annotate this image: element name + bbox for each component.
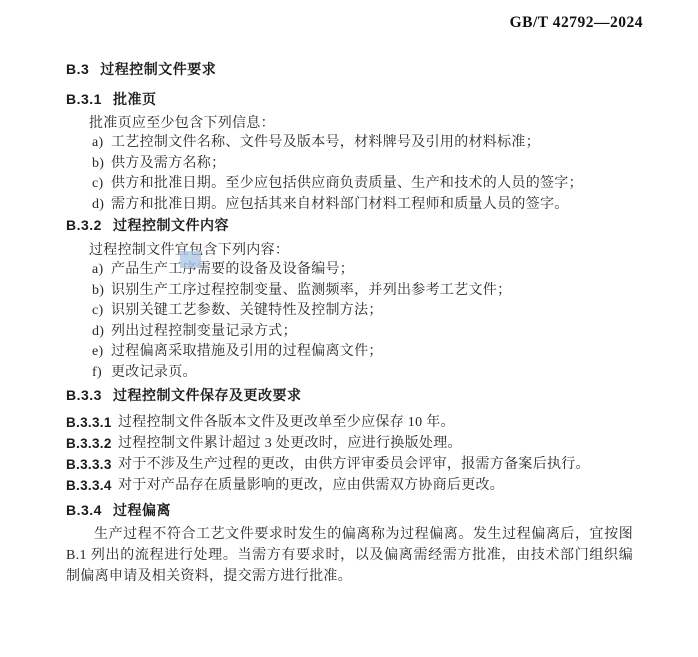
section-b34-heading: B.3.4 过程偏离 [66, 500, 171, 520]
list-item-label: d) [92, 195, 111, 216]
section-b34-number: B.3.4 [66, 500, 102, 520]
list-item-label: b) [92, 281, 111, 302]
list-item-label: a) [92, 260, 111, 281]
section-b33-number: B.3.3 [66, 385, 102, 405]
standard-number-header: GB/T 42792—2024 [510, 14, 643, 32]
list-item-text: 更改记录页。 [111, 363, 197, 384]
scan-watermark-patch [180, 251, 201, 268]
clause-row: B.3.3.2 过程控制文件累计超过 3 处更改时，应进行换版处理。 [66, 433, 590, 454]
list-item-label: c) [92, 174, 111, 195]
list-item: c) 供方和批准日期。至少应包括供应商负责质量、生产和技术的人员的签字； [92, 174, 583, 195]
list-item-text: 产品生产工序需要的设备及设备编号； [111, 260, 354, 281]
list-item: d) 需方和批准日期。应包括其来自材料部门材料工程师和质量人员的签字。 [92, 195, 583, 216]
section-b3-number: B.3 [66, 59, 89, 79]
section-b31-heading: B.3.1 批准页 [66, 89, 156, 109]
section-b3-heading: B.3 过程控制文件要求 [66, 59, 216, 79]
list-item-text: 供方及需方名称； [111, 154, 225, 175]
clause-number: B.3.3.2 [66, 433, 118, 454]
list-item: a) 产品生产工序需要的设备及设备编号； [92, 260, 511, 281]
section-b32-heading: B.3.2 过程控制文件内容 [66, 215, 229, 235]
section-b32-number: B.3.2 [66, 215, 102, 235]
list-item: e) 过程偏离采取措施及引用的过程偏离文件； [92, 342, 511, 363]
section-b3-title: 过程控制文件要求 [100, 59, 216, 79]
list-item-label: d) [92, 322, 111, 343]
clause-number: B.3.3.1 [66, 412, 118, 433]
list-item-label: c) [92, 301, 111, 322]
b33-clauses: B.3.3.1 过程控制文件各版本文件及更改单至少应保存 10 年。 B.3.3… [66, 412, 590, 496]
list-item: b) 供方及需方名称； [92, 154, 583, 175]
b34-paragraph: 生产过程不符合工艺文件要求时发生的偏离称为过程偏离。发生过程偏离后，宜按图 B.… [66, 524, 633, 587]
list-item-text: 列出过程控制变量记录方式； [111, 322, 297, 343]
list-item-text: 过程偏离采取措施及引用的过程偏离文件； [111, 342, 383, 363]
b31-list: a) 工艺控制文件名称、文件号及版本号，材料牌号及引用的材料标准； b) 供方及… [92, 133, 583, 215]
section-b33-heading: B.3.3 过程控制文件保存及更改要求 [66, 385, 301, 405]
list-item-text: 识别关键工艺参数、关键特性及控制方法； [111, 301, 383, 322]
b32-list: a) 产品生产工序需要的设备及设备编号； b) 识别生产工序过程控制变量、监测频… [92, 260, 511, 383]
section-b34-title: 过程偏离 [113, 500, 171, 520]
clause-text: 对于对产品存在质量影响的更改，应由供需双方协商后更改。 [118, 475, 504, 496]
clause-text: 过程控制文件各版本文件及更改单至少应保存 10 年。 [118, 412, 455, 433]
list-item-text: 供方和批准日期。至少应包括供应商负责质量、生产和技术的人员的签字； [111, 174, 583, 195]
clause-row: B.3.3.4 对于对产品存在质量影响的更改，应由供需双方协商后更改。 [66, 475, 590, 496]
section-b33-title: 过程控制文件保存及更改要求 [113, 385, 302, 405]
clause-text: 过程控制文件累计超过 3 处更改时，应进行换版处理。 [118, 433, 462, 454]
list-item: c) 识别关键工艺参数、关键特性及控制方法； [92, 301, 511, 322]
list-item-text: 工艺控制文件名称、文件号及版本号，材料牌号及引用的材料标准； [111, 133, 540, 154]
b31-intro: 批准页应至少包含下列信息： [89, 114, 275, 134]
list-item-text: 识别生产工序过程控制变量、监测频率，并列出参考工艺文件； [111, 281, 511, 302]
list-item-label: a) [92, 133, 111, 154]
section-b32-title: 过程控制文件内容 [113, 215, 229, 235]
list-item: a) 工艺控制文件名称、文件号及版本号，材料牌号及引用的材料标准； [92, 133, 583, 154]
list-item-label: e) [92, 342, 111, 363]
clause-number: B.3.3.3 [66, 454, 118, 475]
clause-text: 对于不涉及生产过程的更改，由供方评审委员会评审，报需方备案后执行。 [118, 454, 590, 475]
clause-row: B.3.3.3 对于不涉及生产过程的更改，由供方评审委员会评审，报需方备案后执行… [66, 454, 590, 475]
list-item-label: b) [92, 154, 111, 175]
clause-row: B.3.3.1 过程控制文件各版本文件及更改单至少应保存 10 年。 [66, 412, 590, 433]
clause-number: B.3.3.4 [66, 475, 118, 496]
document-page: GB/T 42792—2024 B.3 过程控制文件要求 B.3.1 批准页 批… [0, 0, 698, 657]
list-item: f) 更改记录页。 [92, 363, 511, 384]
list-item-text: 需方和批准日期。应包括其来自材料部门材料工程师和质量人员的签字。 [111, 195, 569, 216]
section-b31-title: 批准页 [113, 89, 157, 109]
list-item: b) 识别生产工序过程控制变量、监测频率，并列出参考工艺文件； [92, 281, 511, 302]
section-b31-number: B.3.1 [66, 89, 102, 109]
list-item: d) 列出过程控制变量记录方式； [92, 322, 511, 343]
list-item-label: f) [92, 363, 111, 384]
